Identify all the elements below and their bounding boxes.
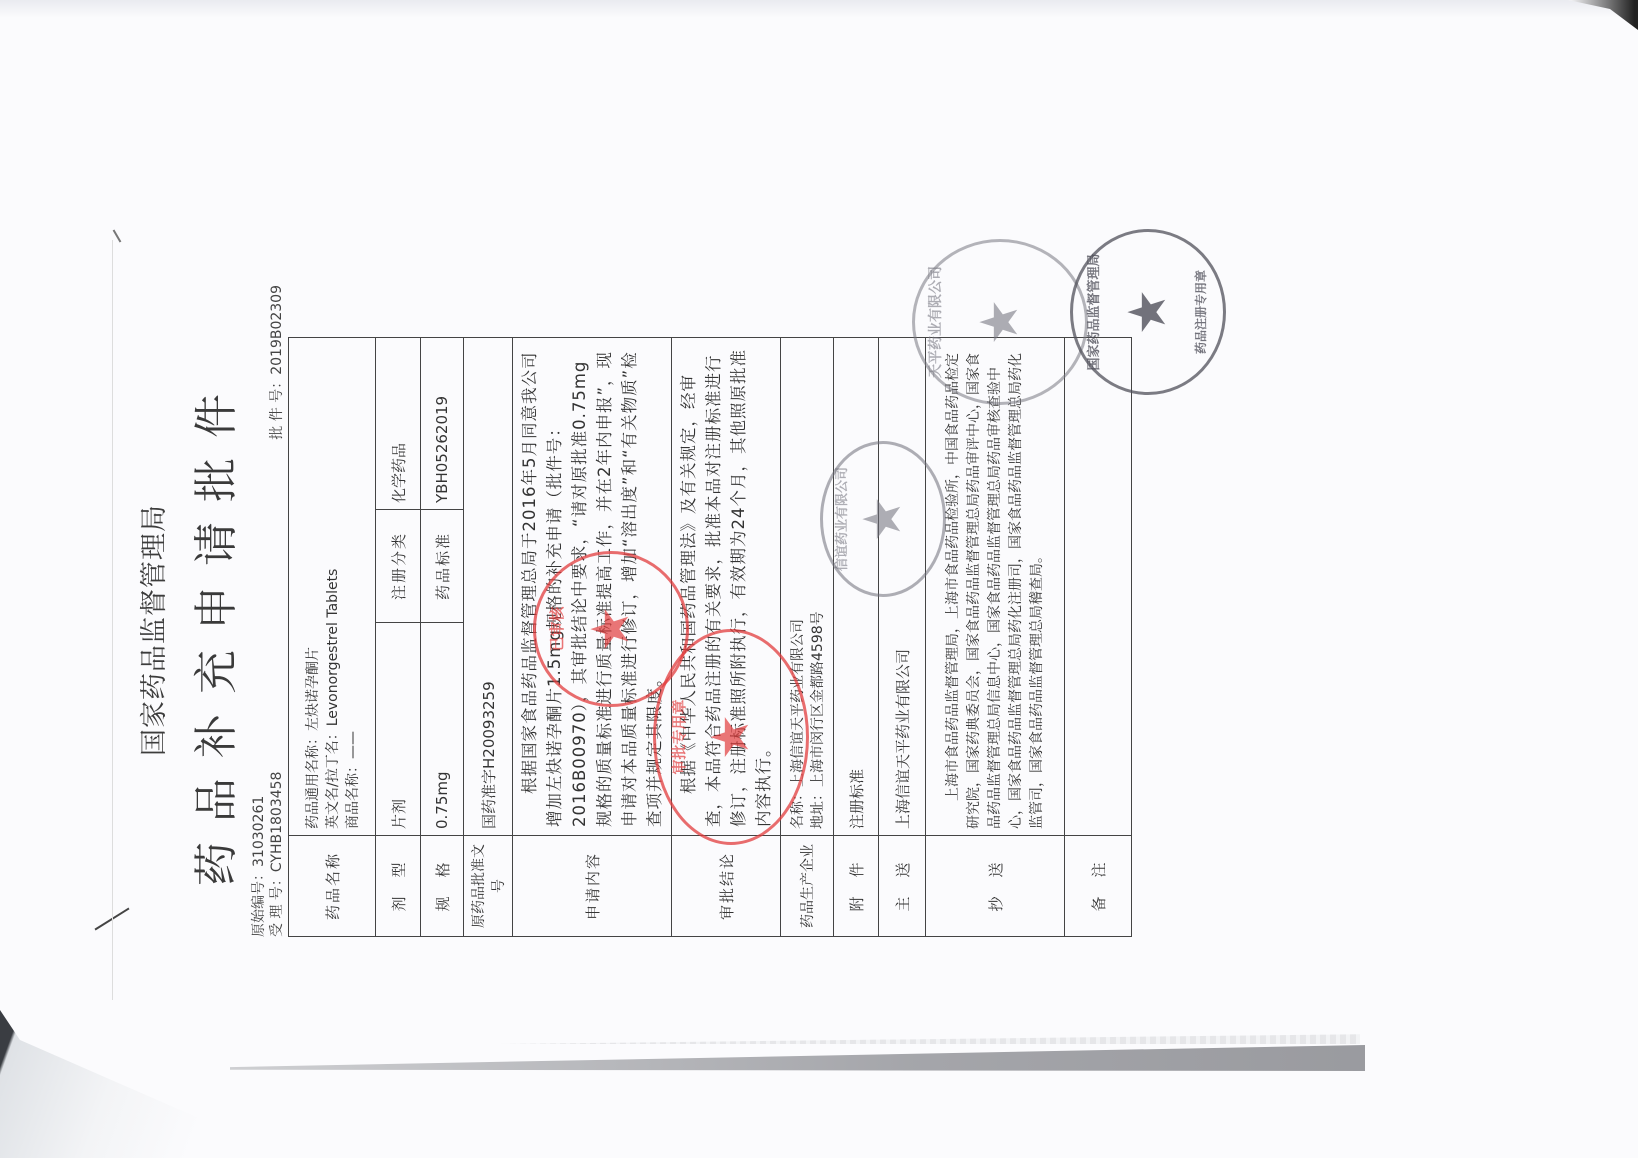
table-row: 规 格 0.75mg 药品标准 YBH05262019 bbox=[421, 338, 464, 937]
seal-text: 已审核 bbox=[546, 554, 567, 704]
drug-name-cell: 药品通用名称：左炔诺孕酮片 英文名/拉丁名：Levonorgestrel Tab… bbox=[289, 338, 376, 836]
star-icon: ★ bbox=[585, 606, 637, 653]
seal-text: 审批专用章 bbox=[668, 632, 689, 842]
drug-name-label: 药品名称 bbox=[289, 836, 376, 937]
header-rule bbox=[112, 240, 113, 1000]
agency-name: 国家药品监督管理局 bbox=[132, 215, 171, 1045]
seal-text: 天平药业有限公司 bbox=[925, 242, 945, 402]
generic-name: 药品通用名称：左炔诺孕酮片 bbox=[302, 344, 322, 829]
table-row: 原药品批准文号 国药准字H20093259 bbox=[464, 338, 513, 937]
table-row: 药品生产企业 名称：上海信谊天平药业有限公司 地址：上海市闵行区金都路4598号 bbox=[781, 338, 834, 937]
attachment-label: 附 件 bbox=[834, 836, 879, 937]
scan-edge-top bbox=[0, 0, 1638, 18]
scan-artifact-bar bbox=[230, 1045, 1365, 1071]
original-approval-value: 国药准字H20093259 bbox=[464, 338, 513, 836]
gray-seal-2: 天平药业有限公司 ★ bbox=[912, 239, 1088, 405]
trade-name: 商品名称：—— bbox=[342, 344, 362, 829]
spec-label: 规 格 bbox=[421, 836, 464, 937]
approval-no: 2019B02309 bbox=[269, 285, 285, 375]
seal-subtext: 药品注册专用章 bbox=[1192, 232, 1209, 392]
dosage-form-value: 片剂 bbox=[376, 623, 421, 836]
table-row: 备 注 bbox=[1065, 338, 1132, 937]
seal-text: 信谊药业有限公司 bbox=[831, 444, 850, 594]
notes-value bbox=[1065, 338, 1132, 836]
conclusion-label: 审批结论 bbox=[672, 836, 781, 937]
meta-right: 批 件 号：2019B02309 bbox=[268, 285, 286, 440]
document-title: 药品补充申请批件 bbox=[180, 215, 244, 1045]
gray-seal-1: 信谊药业有限公司 ★ bbox=[820, 441, 946, 597]
original-no-label: 原始编号： bbox=[251, 867, 267, 937]
meta-left: 原始编号：31030261 受 理 号：CYHB1803458 bbox=[250, 772, 286, 937]
main-recipient-label: 主 送 bbox=[879, 836, 926, 937]
standard-value: YBH05262019 bbox=[421, 338, 464, 510]
accept-no-label: 受 理 号： bbox=[269, 872, 285, 937]
table-row: 附 件 注册标准 bbox=[834, 338, 879, 937]
notes-label: 备 注 bbox=[1065, 836, 1132, 937]
table-row: 主 送 上海信谊天平药业有限公司 bbox=[879, 338, 926, 937]
original-approval-label: 原药品批准文号 bbox=[464, 836, 513, 937]
approval-no-label: 批 件 号： bbox=[269, 375, 285, 440]
cc-label: 抄 送 bbox=[926, 836, 1065, 937]
manufacturer-label: 药品生产企业 bbox=[781, 836, 834, 937]
dosage-form-label: 剂 型 bbox=[376, 836, 421, 937]
gray-seal-3: 国家药品监督管理局 ★ 药品注册专用章 bbox=[1070, 229, 1226, 395]
reg-class-value: 化学药品 bbox=[376, 338, 421, 510]
document-page: 国家药品监督管理局 药品补充申请批件 原始编号：31030261 受 理 号：C… bbox=[120, 215, 1300, 1045]
star-icon: ★ bbox=[705, 714, 757, 761]
application-label: 申请内容 bbox=[513, 836, 672, 937]
cc-text: 上海市食品药品监督管理局，上海市食品药品检验所，中国食品药品检定研究院，国家药典… bbox=[926, 338, 1065, 836]
red-seal-2: 审批专用章 ★ bbox=[653, 629, 809, 845]
table-row: 药品名称 药品通用名称：左炔诺孕酮片 英文名/拉丁名：Levonorgestre… bbox=[289, 338, 376, 937]
table-row: 剂 型 片剂 注册分类 化学药品 bbox=[376, 338, 421, 937]
star-icon: ★ bbox=[857, 496, 909, 543]
original-no: 31030261 bbox=[251, 796, 267, 867]
accept-no: CYHB1803458 bbox=[269, 772, 285, 873]
table-row: 抄 送 上海市食品药品监督管理局，上海市食品药品检验所，中国食品药品检定研究院，… bbox=[926, 338, 1065, 937]
standard-label: 药品标准 bbox=[421, 510, 464, 623]
reg-class-label: 注册分类 bbox=[376, 510, 421, 623]
manufacturer-address: 地址：上海市闵行区金都路4598号 bbox=[807, 344, 827, 829]
star-icon: ★ bbox=[1122, 289, 1174, 336]
seal-text: 国家药品监督管理局 bbox=[1083, 232, 1102, 392]
english-name: 英文名/拉丁名：Levonorgestrel Tablets bbox=[322, 344, 342, 829]
star-icon: ★ bbox=[974, 299, 1026, 346]
spec-value: 0.75mg bbox=[421, 623, 464, 836]
